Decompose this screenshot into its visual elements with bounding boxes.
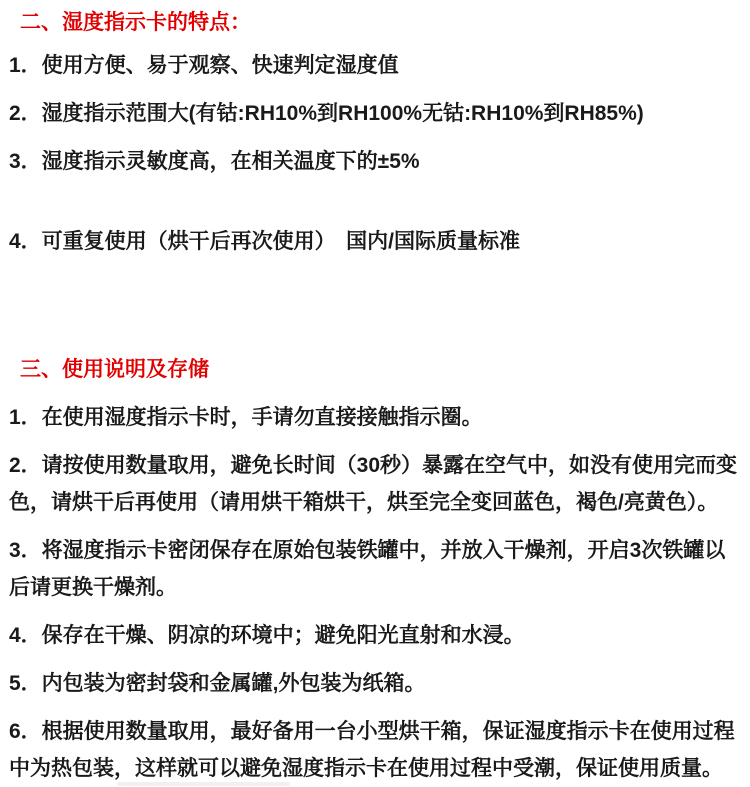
feature-item-2: 2．湿度指示范围大(有钴:RH10%到RH100%无钴:RH10%到RH85%) (9, 95, 744, 132)
usage-item-2: 2．请按使用数量取用，避免长时间（30秒）暴露在空气中，如没有使用完而变色，请烘… (9, 447, 744, 521)
document-body: 二、湿度指示卡的特点： 1．使用方便、易于观察、快速判定湿度值 2．湿度指示范围… (0, 0, 750, 787)
section-heading-usage-storage: 三、使用说明及存储 (20, 351, 744, 388)
feature-item-1: 1．使用方便、易于观察、快速判定湿度值 (9, 47, 744, 84)
feature-item-3: 3．湿度指示灵敏度高，在相关温度下的±5% (9, 143, 744, 180)
usage-item-4: 4．保存在干燥、阴凉的环境中；避免阳光直射和水浸。 (9, 617, 744, 654)
usage-item-1: 1．在使用湿度指示卡时，手请勿直接接触指示圈。 (9, 399, 744, 436)
feature-item-4: 4．可重复使用（烘干后再次使用） 国内/国际质量标准 (9, 223, 744, 260)
usage-item-3: 3．将湿度指示卡密闭保存在原始包装铁罐中，并放入干燥剂，开启3次铁罐以后请更换干… (9, 532, 744, 606)
usage-item-5: 5．内包装为密封袋和金属罐,外包装为纸箱。 (9, 665, 744, 702)
section-heading-features: 二、湿度指示卡的特点： (20, 4, 744, 41)
scan-shadow-artifact (117, 782, 290, 786)
usage-item-6: 6．根据使用数量取用，最好备用一台小型烘干箱，保证湿度指示卡在使用过程中为热包装… (9, 713, 744, 787)
